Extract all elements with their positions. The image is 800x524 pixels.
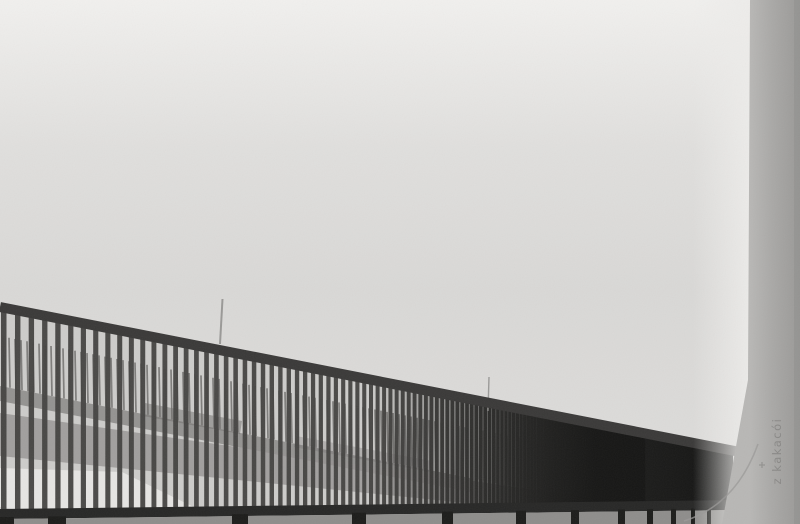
support-post <box>442 512 453 524</box>
photo: z kakacói <box>0 0 800 524</box>
support-post <box>647 509 653 524</box>
watermark-text: z kakacói <box>770 418 784 485</box>
support-post <box>618 509 625 524</box>
support-post <box>48 516 66 524</box>
support-post <box>0 517 14 524</box>
scan-border-edge <box>794 0 800 524</box>
support-post <box>352 513 366 524</box>
support-post <box>516 511 526 524</box>
photo-canvas: z kakacói <box>0 0 800 524</box>
support-post <box>571 510 579 524</box>
support-post <box>232 514 248 524</box>
support-post <box>671 509 676 524</box>
